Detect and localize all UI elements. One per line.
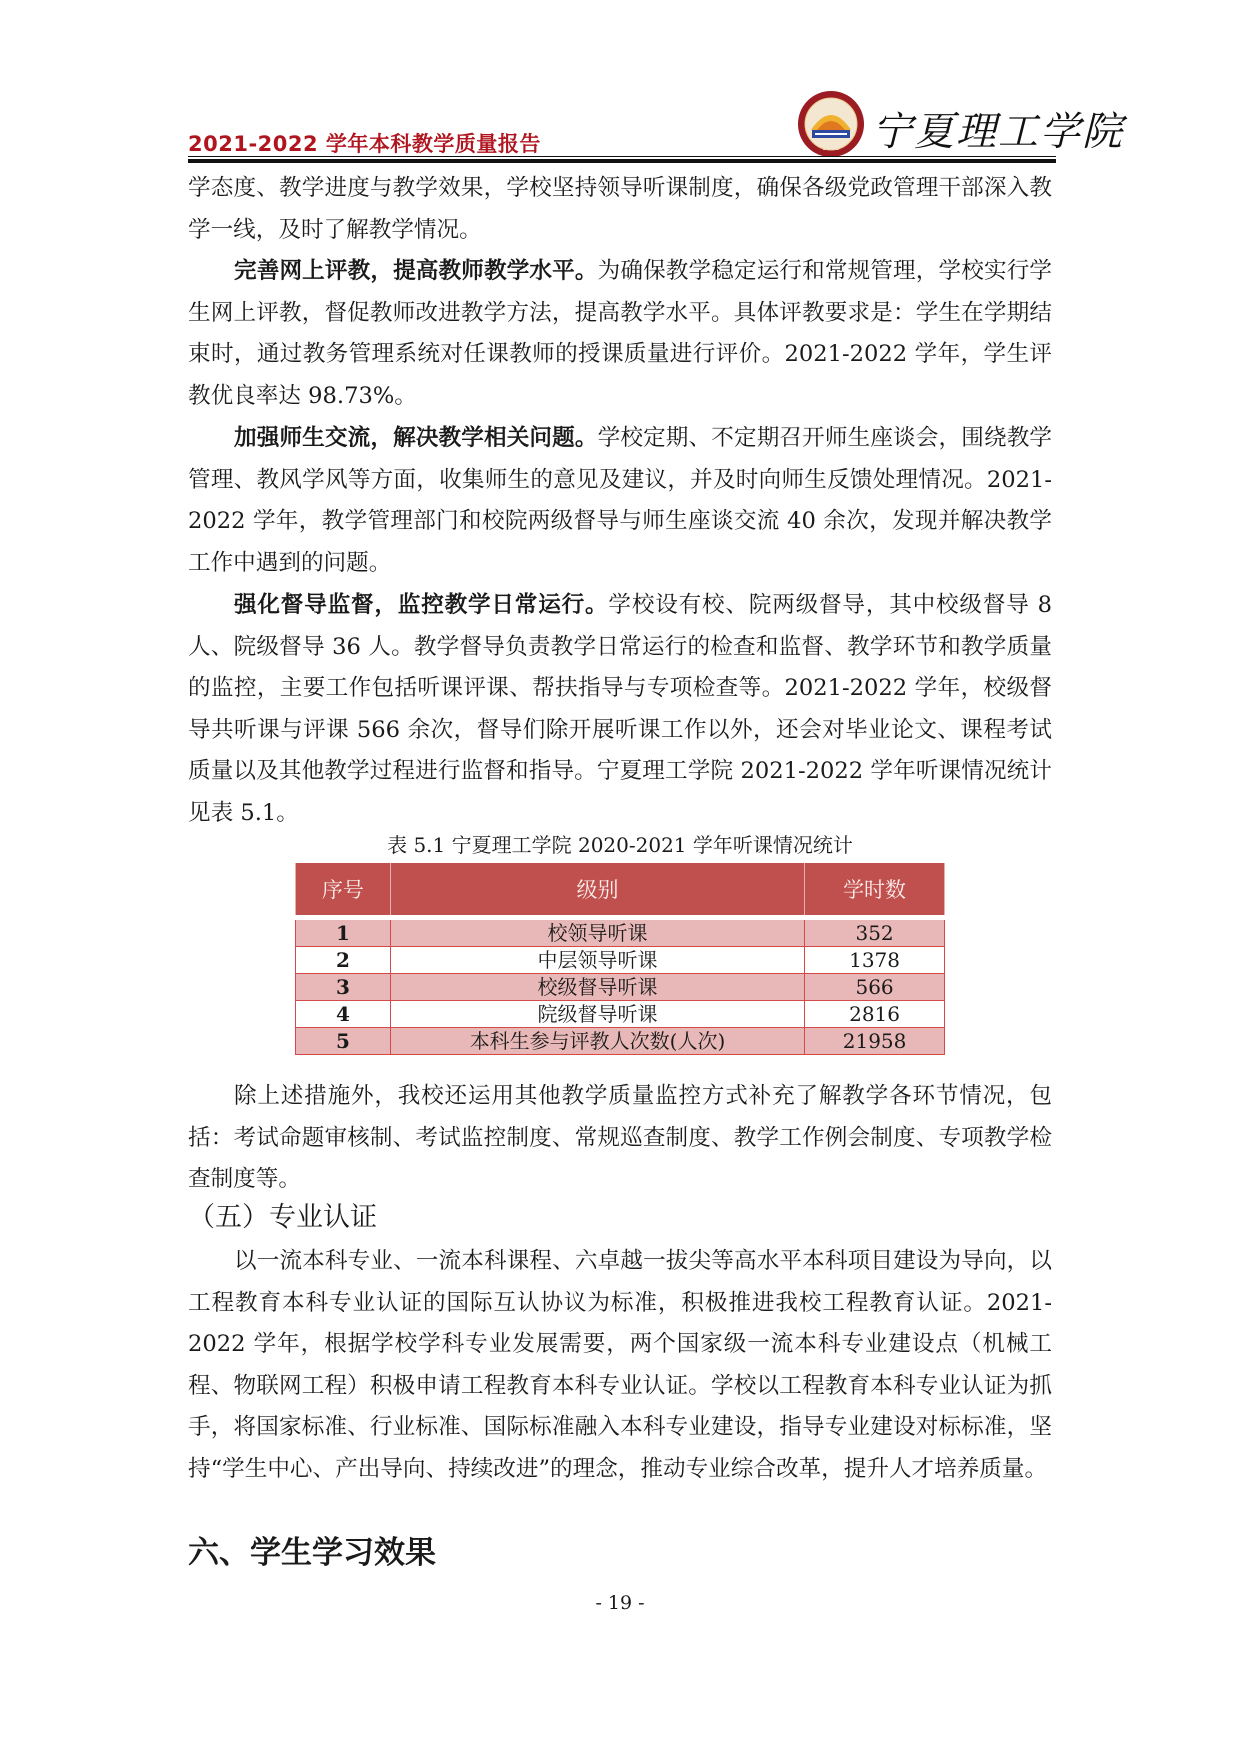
- section-heading-learning-outcomes: 六、学生学习效果: [188, 1527, 436, 1572]
- paragraph-text: 以一流本科专业、一流本科课程、六卓越一拔尖等高水平本科项目建设为导向，以工程教育…: [188, 1248, 1052, 1482]
- paragraph-online-evaluation: 完善网上评教，提高教师教学水平。为确保教学稳定运行和常规管理，学校实行学生网上评…: [188, 251, 1052, 417]
- school-name-calligraphy: 宁夏理工学院: [872, 100, 1124, 157]
- table-row: 5 本科生参与评教人次数(人次) 21958: [296, 1028, 945, 1055]
- paragraph-text: 学态度、教学进度与教学效果，学校坚持领导听课制度，确保各级党政管理干部深入教学一…: [188, 175, 1052, 243]
- section-heading-accreditation: （五）专业认证: [188, 1195, 377, 1234]
- lecture-observation-table: 序号 级别 学时数 1 校领导听课 352 2 中层领导听课 1378 3 校级…: [295, 863, 945, 1055]
- header-rule-thick: [188, 159, 1056, 163]
- cell-hours: 566: [805, 974, 945, 1001]
- paragraph-text: 学校设有校、院两级督导，其中校级督导 8 人、院级督导 36 人。教学督导负责教…: [188, 592, 1052, 826]
- cell-hours: 352: [805, 918, 945, 947]
- paragraph-text: 除上述措施外，我校还运用其他教学质量监控方式补充了解教学各环节情况，包括：考试命…: [188, 1083, 1052, 1192]
- cell-no: 3: [296, 974, 391, 1001]
- paragraph-accreditation: 以一流本科专业、一流本科课程、六卓越一拔尖等高水平本科项目建设为导向，以工程教育…: [188, 1241, 1052, 1491]
- paragraph-teacher-student-exchange: 加强师生交流，解决教学相关问题。学校定期、不定期召开师生座谈会，围绕教学管理、教…: [188, 418, 1052, 584]
- report-title: 2021-2022 学年本科教学质量报告: [188, 128, 541, 158]
- column-header-no: 序号: [296, 863, 391, 918]
- cell-no: 2: [296, 947, 391, 974]
- cell-level: 校级督导听课: [390, 974, 804, 1001]
- cell-hours: 1378: [805, 947, 945, 974]
- column-header-level: 级别: [390, 863, 804, 918]
- paragraph-continuation: 学态度、教学进度与教学效果，学校坚持领导听课制度，确保各级党政管理干部深入教学一…: [188, 168, 1052, 251]
- cell-no: 5: [296, 1028, 391, 1055]
- cell-no: 4: [296, 1001, 391, 1028]
- table-caption: 表 5.1 宁夏理工学院 2020-2021 学年听课情况统计: [188, 829, 1052, 858]
- cell-hours: 21958: [805, 1028, 945, 1055]
- cell-level: 本科生参与评教人次数(人次): [390, 1028, 804, 1055]
- svg-text:1985: 1985: [822, 144, 840, 152]
- cell-no: 1: [296, 918, 391, 947]
- cell-hours: 2816: [805, 1001, 945, 1028]
- cell-level: 校领导听课: [390, 918, 804, 947]
- table-row: 4 院级督导听课 2816: [296, 1001, 945, 1028]
- page-number: - 19 -: [0, 1592, 1240, 1614]
- table-row: 3 校级督导听课 566: [296, 974, 945, 1001]
- column-header-hours: 学时数: [805, 863, 945, 918]
- cell-level: 院级督导听课: [390, 1001, 804, 1028]
- paragraph-lead: 加强师生交流，解决教学相关问题。: [234, 425, 598, 451]
- paragraph-other-measures: 除上述措施外，我校还运用其他教学质量监控方式补充了解教学各环节情况，包括：考试命…: [188, 1076, 1052, 1201]
- table-row: 1 校领导听课 352: [296, 918, 945, 947]
- document-page: 2021-2022 学年本科教学质量报告 1985 宁夏理工学院 学态度、教学进…: [0, 0, 1240, 1753]
- header-rule-thin: [188, 156, 1056, 157]
- table-row: 2 中层领导听课 1378: [296, 947, 945, 974]
- school-emblem-icon: 1985: [797, 90, 865, 158]
- table-header-row: 序号 级别 学时数: [296, 863, 945, 918]
- cell-level: 中层领导听课: [390, 947, 804, 974]
- paragraph-supervision: 强化督导监督，监控教学日常运行。学校设有校、院两级督导，其中校级督导 8 人、院…: [188, 585, 1052, 835]
- paragraph-lead: 完善网上评教，提高教师教学水平。: [234, 258, 598, 284]
- paragraph-lead: 强化督导监督，监控教学日常运行。: [234, 592, 608, 618]
